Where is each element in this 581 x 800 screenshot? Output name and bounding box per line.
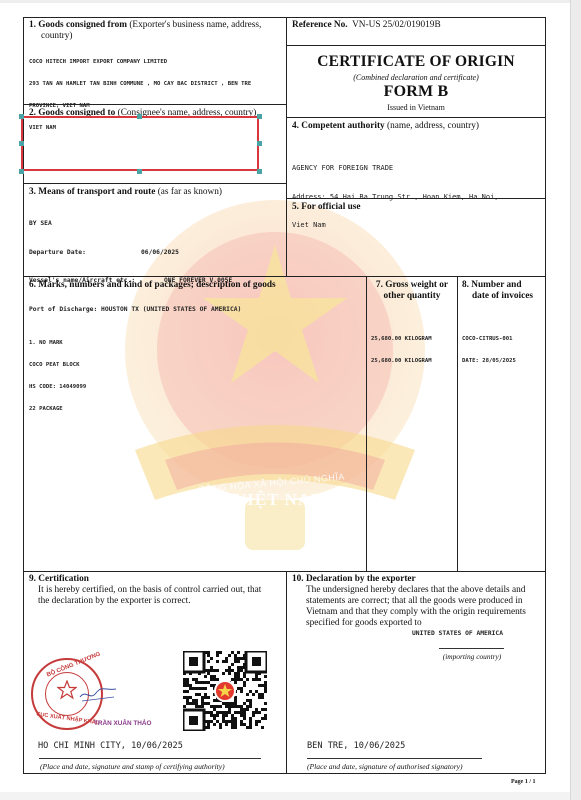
country-underline xyxy=(439,648,504,649)
box-4-authority: 4. Competent authority (name, address, c… xyxy=(286,117,546,199)
declaration-text-4: specified for goods exported to xyxy=(306,618,544,629)
box-7-weight: 7. Gross weight or other quantity 25,680… xyxy=(366,276,458,572)
box-4-title: 4. Competent authority xyxy=(292,121,385,131)
box-8-title-2: date of invoices xyxy=(462,291,533,301)
certificate-title: CERTIFICATE OF ORIGIN xyxy=(287,53,545,71)
gross-weight: 25,680.00 KILOGRAM xyxy=(371,336,432,343)
goods-description: COCO PEAT BLOCK xyxy=(29,362,86,369)
box-1-hint: (Exporter's business name, address, xyxy=(129,20,261,30)
goods-hs-code: HS CODE: 14049099 xyxy=(29,384,86,391)
declaration-text-3: Vietnam and that they comply with the or… xyxy=(306,607,544,618)
issued-in: Issued in Vietnam xyxy=(287,103,545,112)
box-10-declaration: 10. Declaration by the exporter The unde… xyxy=(286,571,546,774)
resize-handle-mr[interactable] xyxy=(257,141,262,146)
box-6-title: 6. Marks, numbers and kind of packages; … xyxy=(29,280,276,290)
viewer-bottom-edge xyxy=(0,792,570,800)
exporter-address: 293 TAN AN HAMLET TAN BINH COMMUNE , MO … xyxy=(29,81,251,88)
box-7-title-2: other quantity xyxy=(384,291,441,301)
invoice-number: COCO-CITRUS-001 xyxy=(462,336,516,343)
certifier-caption: (Place and date, signature and stamp of … xyxy=(40,762,225,771)
box-4-hint: (name, address, country) xyxy=(387,121,479,131)
resize-handle-tr[interactable] xyxy=(257,114,262,119)
resize-handle-tl[interactable] xyxy=(19,114,24,119)
invoice-date: DATE: 28/05/2025 xyxy=(462,358,516,365)
departure-label: Departure Date: xyxy=(29,248,141,258)
selected-text-field[interactable] xyxy=(21,116,259,171)
resize-handle-bm[interactable] xyxy=(137,169,142,174)
goods-packages: 22 PACKAGE xyxy=(29,406,86,413)
stamp-star-icon xyxy=(57,680,77,700)
box-10-title: 10. Declaration by the exporter xyxy=(292,574,416,584)
box-8-title-1: 8. Number and xyxy=(462,280,522,290)
box-5-official-use: 5. For official use xyxy=(286,198,546,277)
certification-text-2: the declaration by the exporter is corre… xyxy=(38,596,191,606)
reference-label: Reference No. xyxy=(292,20,348,30)
box-3-hint: (as far as known) xyxy=(158,187,222,197)
reference-box: Reference No. VN-US 25/02/019019B xyxy=(286,17,546,46)
form-name: FORM B xyxy=(287,83,545,101)
exporter-signature-line xyxy=(307,758,482,759)
resize-handle-ml[interactable] xyxy=(19,141,24,146)
transport-mode: BY SEA xyxy=(29,219,241,229)
box-1-exporter: 1. Goods consigned from (Exporter's busi… xyxy=(23,17,287,105)
box-1-hint2: country) xyxy=(29,31,73,41)
title-block: CERTIFICATE OF ORIGIN (Combined declarat… xyxy=(286,45,546,118)
page-number: Page 1 / 1 xyxy=(511,779,536,785)
box-6-goods: 6. Marks, numbers and kind of packages; … xyxy=(23,276,367,572)
resize-handle-br[interactable] xyxy=(257,169,262,174)
certification-text-1: It is hereby certified, on the basis of … xyxy=(38,585,261,595)
vertical-scrollbar[interactable] xyxy=(570,0,581,800)
box-9-title: 9. Certification xyxy=(29,574,89,584)
viewer-top-edge xyxy=(0,0,570,3)
certifier-signature-line xyxy=(39,758,261,759)
certificate-subtitle: (Combined declaration and certificate) xyxy=(287,73,545,82)
authority-name: AGENCY FOR FOREIGN TRADE xyxy=(292,164,499,174)
gross-weight-2: 25,680.00 KILOGRAM xyxy=(371,358,432,365)
signer-name: TRẦN XUÂN THẢO xyxy=(94,720,152,727)
declaration-text-2: statements are correct; that all the goo… xyxy=(306,596,544,607)
resize-handle-tm[interactable] xyxy=(137,114,142,119)
box-1-title: 1. Goods consigned from xyxy=(29,20,127,30)
exporter-name: COCO HITECH IMPORT EXPORT COMPANY LIMITE… xyxy=(29,59,251,66)
exporter-place-date: BEN TRE, 10/06/2025 xyxy=(307,742,405,752)
box-8-invoices: 8. Number and date of invoices COCO-CITR… xyxy=(457,276,546,572)
box-7-title-1: 7. Gross weight or xyxy=(376,280,448,290)
declaration-text-1: The undersigned hereby declares that the… xyxy=(306,585,544,596)
goods-marks: 1. NO MARK xyxy=(29,340,86,347)
certifier-place-date: HO CHI MINH CITY, 10/06/2025 xyxy=(38,742,183,752)
box-5-title: 5. For official use xyxy=(292,202,361,212)
departure-date: 06/06/2025 xyxy=(141,249,179,256)
qr-code[interactable] xyxy=(183,651,267,731)
box-3-transport: 3. Means of transport and route (as far … xyxy=(23,183,287,277)
signature-icon xyxy=(78,685,118,705)
importing-country: UNITED STATES OF AMERICA xyxy=(412,630,503,637)
box-3-title: 3. Means of transport and route xyxy=(29,187,155,197)
exporter-caption: (Place and date, signature of authorised… xyxy=(307,762,463,771)
resize-handle-bl[interactable] xyxy=(19,169,24,174)
reference-number: VN-US 25/02/019019B xyxy=(352,20,441,30)
importing-country-caption: (importing country) xyxy=(427,652,517,661)
